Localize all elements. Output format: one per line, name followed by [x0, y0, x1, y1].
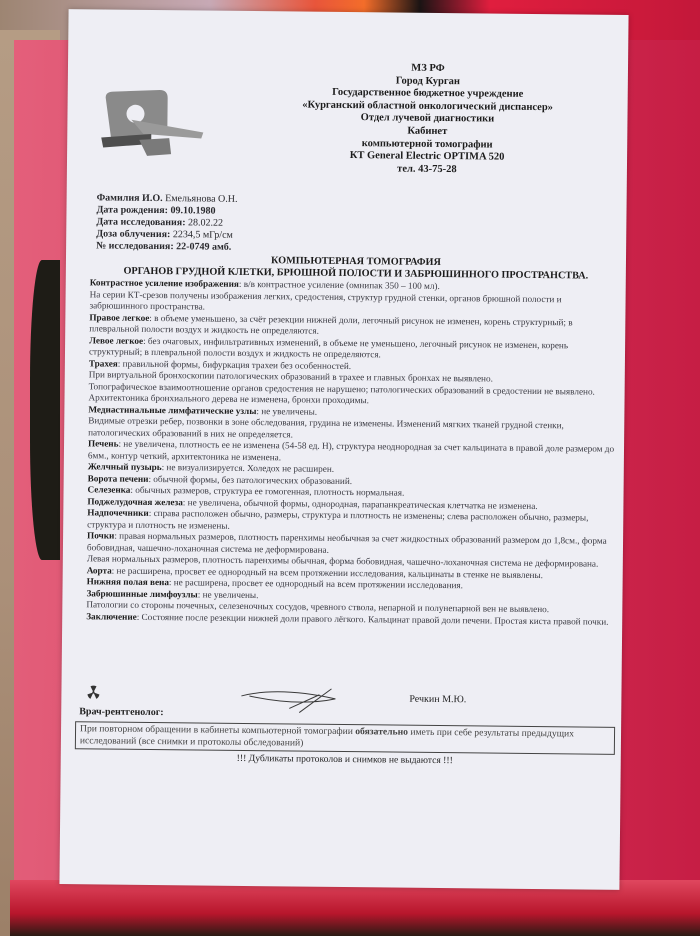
label: Доза облучения:	[96, 228, 170, 240]
label: Дата рождения:	[96, 204, 168, 216]
notice-emphasis: обязательно	[355, 726, 408, 738]
finding-label: Желчный пузырь	[88, 461, 162, 472]
dose-value: 2234,5 мГр/см	[173, 229, 233, 241]
finding-text: Топографическое взаимоотношение органов …	[88, 381, 594, 405]
finding-text: : не увеличена, плотность ее не изменена…	[88, 439, 614, 462]
radiation-icon	[85, 684, 101, 700]
findings-section: Контрастное усиление изображения: в/в ко…	[86, 277, 622, 628]
ct-scanner-icon	[91, 87, 212, 168]
patient-info: Фамилия И.О. Емельянова О.Н. Дата рожден…	[96, 192, 397, 255]
finding-label: Медиастинальные лимфатические узлы	[88, 404, 256, 416]
finding-text: : в объеме уменьшено, за счёт резекции н…	[89, 312, 572, 335]
finding-text: : в/в контрастное усиление (омнипак 350 …	[239, 279, 440, 291]
dob-value: 09.10.1980	[170, 205, 215, 216]
finding-label: Селезенка	[88, 484, 131, 494]
finding-text: : правильной формы, бифуркация трахеи бе…	[118, 358, 351, 370]
notice-box: При повторном обращении в кабинеты компь…	[75, 721, 615, 755]
finding-label: Поджелудочная железа	[87, 496, 182, 507]
finding-label: Левое легкое	[89, 335, 143, 346]
finding-label: Трахея	[89, 358, 118, 368]
doctor-name: Речкин М.Ю.	[409, 694, 466, 706]
finding-label: Заключение	[86, 611, 137, 622]
medical-report-page: МЗ РФ Город Курган Государственное бюдже…	[59, 9, 628, 890]
finding-label: Аорта	[87, 565, 112, 575]
label: № исследования:	[96, 240, 174, 252]
finding-text: На серии КТ-срезов получены изображения …	[89, 289, 561, 312]
finding-label: Надпочечники	[87, 507, 149, 518]
finding-text: : обычной формы, без патологических обра…	[148, 473, 352, 485]
finding-label: Почки	[87, 530, 114, 540]
finding-label: Контрастное усиление изображения	[90, 277, 239, 289]
finding-label: Правое легкое	[89, 312, 149, 323]
finding-label: Забрюшинные лимфоузлы	[86, 588, 197, 599]
background-dark-fabric	[30, 260, 60, 560]
label: Фамилия И.О.	[97, 192, 163, 204]
doctor-role-label: Врач-рентгенолог:	[79, 706, 164, 718]
finding-text: : без очаговых, инфильтративных изменени…	[89, 335, 568, 359]
finding-label: Ворота печени	[88, 473, 149, 484]
signature-scribble	[239, 686, 359, 717]
label: Дата исследования:	[96, 216, 185, 228]
exam-number-value: 22-0749 амб.	[176, 241, 231, 253]
finding-label: Печень	[88, 438, 119, 448]
exam-date-value: 28.02.22	[188, 217, 223, 228]
finding-label: Нижняя полая вена	[87, 576, 169, 587]
finding-text: : не увеличены.	[256, 406, 317, 417]
finding-text: Видимые отрезки ребер, позвонки в зоне о…	[88, 415, 564, 439]
finding-text: : справа расположен обычно, размеры, стр…	[87, 508, 588, 530]
finding-text: : правая нормальных размеров, плотность …	[87, 531, 607, 555]
finding-text: : не увеличены.	[198, 589, 259, 600]
institution-header: МЗ РФ Город Курган Государственное бюдже…	[227, 61, 628, 179]
patient-name: Емельянова О.Н.	[165, 193, 237, 205]
finding-text: : не визуализируется. Холедох не расшире…	[162, 462, 335, 474]
